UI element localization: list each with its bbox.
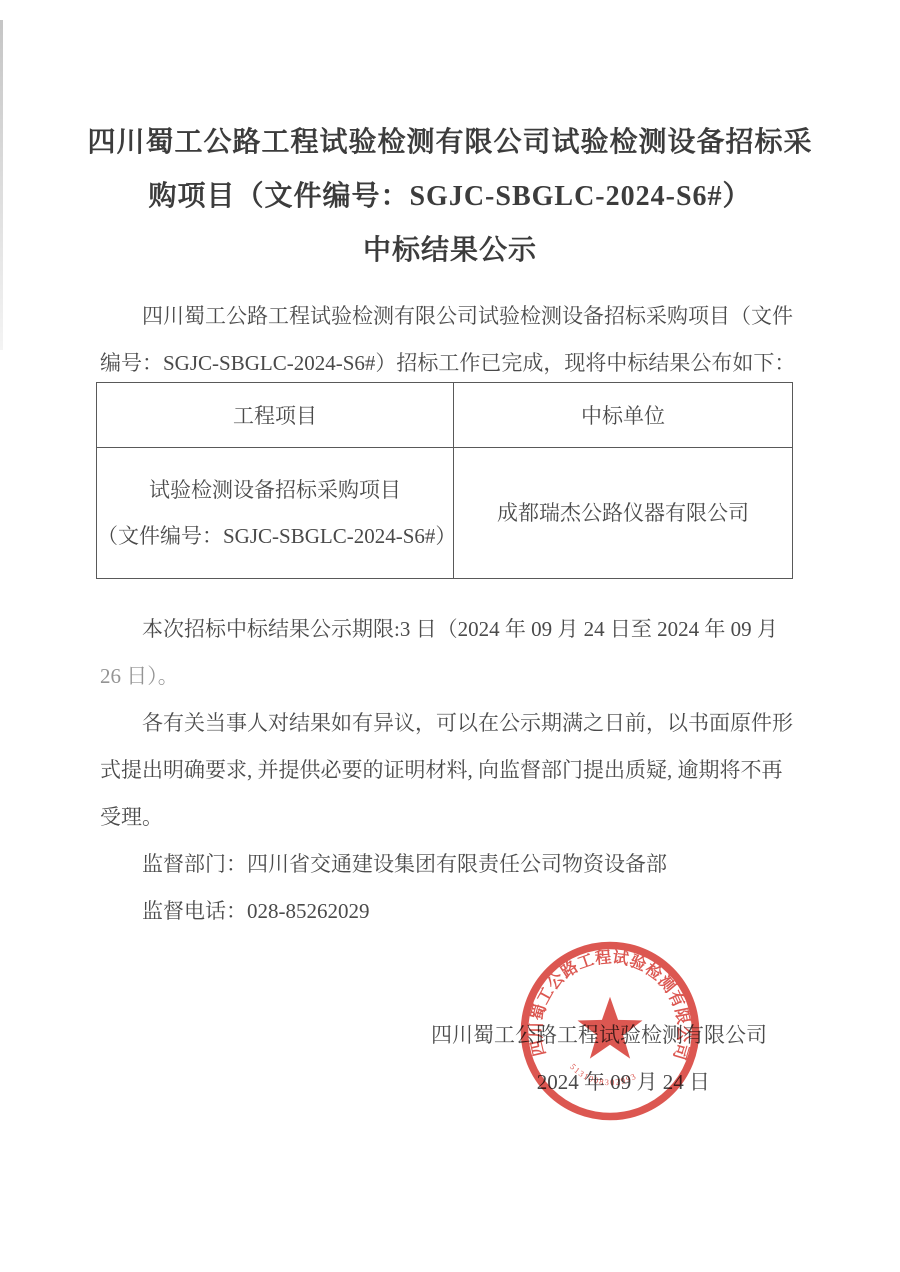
project-cell: 试验检测设备招标采购项目 （文件编号：SGJC-SBGLC-2024-S6#） [97,448,454,579]
objection-line: 各有关当事人对结果如有异议，可以在公示期满之日前，以书面原件形 [100,700,810,747]
title-line-2: 购项目（文件编号：SGJC-SBGLC-2024-S6#） [0,170,900,224]
supervision-phone-line: 监督电话：028-85262029 [100,888,810,935]
publicity-period-line: 26 日）。 [100,653,810,700]
publicity-period-line: 本次招标中标结果公示期限:3 日（2024 年 09 月 24 日至 2024 … [100,606,810,653]
signature-block: 四川蜀工公路工程试验检测有限公司 2024 年 09 月 24 日 [100,1012,800,1106]
signature-date: 2024 年 09 月 24 日 [100,1059,800,1106]
title-line-3: 中标结果公示 [0,224,900,278]
document-title: 四川蜀工公路工程试验检测有限公司试验检测设备招标采 购项目（文件编号：SGJC-… [0,116,900,278]
intro-paragraph: 四川蜀工公路工程试验检测有限公司试验检测设备招标采购项目（文件 编号：SGJC-… [100,293,810,387]
intro-line: 四川蜀工公路工程试验检测有限公司试验检测设备招标采购项目（文件 [100,293,810,340]
project-code-line: （文件编号：SGJC-SBGLC-2024-S6#） [97,513,453,559]
title-line-1: 四川蜀工公路工程试验检测有限公司试验检测设备招标采 [0,116,900,170]
winner-name: 成都瑞杰公路仪器有限公司 [454,490,792,536]
table-header-winner: 中标单位 [454,383,793,448]
table-header-project: 工程项目 [97,383,454,448]
supervision-department-line: 监督部门：四川省交通建设集团有限责任公司物资设备部 [100,841,810,888]
objection-line: 受理。 [100,794,810,841]
objection-line: 式提出明确要求, 并提供必要的证明材料, 向监督部门提出质疑, 逾期将不再 [100,747,810,794]
project-name-line: 试验检测设备招标采购项目 [97,467,453,513]
results-table: 工程项目 中标单位 试验检测设备招标采购项目 （文件编号：SGJC-SBGLC-… [96,382,793,579]
body-paragraphs: 本次招标中标结果公示期限:3 日（2024 年 09 月 24 日至 2024 … [100,606,810,935]
table-row: 试验检测设备招标采购项目 （文件编号：SGJC-SBGLC-2024-S6#） … [97,448,793,579]
document-page: 四川蜀工公路工程试验检测有限公司试验检测设备招标采 购项目（文件编号：SGJC-… [0,0,900,1272]
table-header-row: 工程项目 中标单位 [97,383,793,448]
winner-cell: 成都瑞杰公路仪器有限公司 [454,448,793,579]
intro-line: 编号：SGJC-SBGLC-2024-S6#）招标工作已完成，现将中标结果公布如… [100,340,810,387]
signature-company: 四川蜀工公路工程试验检测有限公司 [100,1012,800,1059]
